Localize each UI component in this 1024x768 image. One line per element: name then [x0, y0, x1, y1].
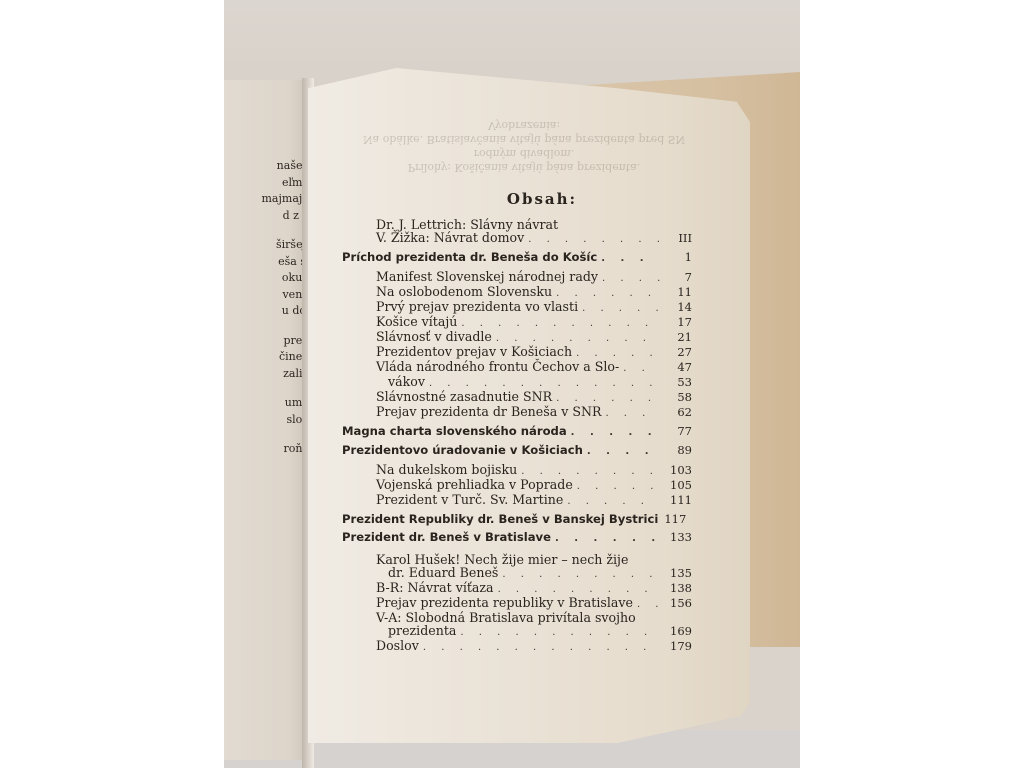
backdrop	[224, 0, 800, 90]
toc-entry: Prvý prejav prezidenta vo vlasti 14	[342, 300, 692, 315]
text-fragment: ven-	[226, 287, 306, 304]
text-fragment: oku-	[226, 270, 306, 287]
bleed-through-text: Prílohy: Košičania vítajú pána prezident…	[344, 118, 704, 174]
toc-section: Prezidentovo úradovanie v Košiciach 89	[342, 444, 692, 458]
toc-section: Prezident dr. Beneš v Bratislave 133	[342, 531, 692, 545]
text-fragment: širšej	[226, 237, 306, 254]
toc-section: Prezident Republiky dr. Beneš v Banskej …	[342, 513, 692, 526]
table-of-contents: Obsah: Dr. J. Lettrich: Slávny návrat V.…	[342, 190, 692, 654]
book-photo: našei eľmi majmaj- d z i širšej eša s ok…	[224, 0, 800, 768]
toc-entry: Košice vítajú 17	[342, 315, 692, 330]
text-fragment: čine-	[226, 349, 306, 366]
text-fragment: našei	[226, 158, 306, 175]
toc-entry: B-R: Návrat víťaza 138	[342, 581, 692, 596]
toc-entry: Prejav prezidenta dr Beneša v SNR 62	[342, 405, 692, 420]
text-fragment: zali.	[226, 366, 306, 383]
toc-entry: V. Žižka: Návrat domov III	[342, 231, 692, 246]
toc-section: Príchod prezidenta dr. Beneša do Košíc 1	[342, 251, 692, 265]
toc-section: Magna charta slovenského národa 77	[342, 425, 692, 439]
toc-entry: Na dukelskom bojisku 103	[342, 463, 692, 478]
text-fragment: majmaj-	[226, 191, 306, 208]
left-page-text: našei eľmi majmaj- d z i širšej eša s ok…	[226, 158, 306, 458]
text-fragment: roň.	[226, 441, 306, 458]
toc-entry-continuation: dr. Eduard Beneš 135	[342, 566, 692, 581]
toc-entry-continuation: vákov 53	[342, 375, 692, 390]
toc-entry: Slávnostné zasadnutie SNR 58	[342, 390, 692, 405]
toc-entry: Prezident v Turč. Sv. Martine 111	[342, 493, 692, 508]
toc-entry: Manifest Slovenskej národnej rady 7	[342, 270, 692, 285]
toc-entry: Doslov 179	[342, 639, 692, 654]
text-fragment: pre-	[226, 333, 306, 350]
text-fragment: um-	[226, 395, 306, 412]
left-page: našei eľmi majmaj- d z i širšej eša s ok…	[224, 80, 306, 760]
text-fragment: u do	[226, 303, 306, 320]
toc-entry: Prejav prezidenta republiky v Bratislave…	[342, 596, 692, 611]
toc-entry-continuation: prezidenta 169	[342, 624, 692, 639]
toc-entry: Vojenská prehliadka v Poprade 105	[342, 478, 692, 493]
text-fragment: slo-	[226, 412, 306, 429]
toc-entry: Slávnosť v divadle 21	[342, 330, 692, 345]
text-fragment: eľmi	[226, 175, 306, 192]
text-fragment: d z i	[226, 208, 306, 225]
toc-entry: Vláda národného frontu Čechov a Slo- 47	[342, 360, 692, 375]
text-fragment: eša s	[226, 254, 306, 271]
toc-entry: Na oslobodenom Slovensku 11	[342, 285, 692, 300]
toc-entry: Prezidentov prejav v Košiciach 27	[342, 345, 692, 360]
toc-title: Obsah:	[342, 190, 692, 208]
